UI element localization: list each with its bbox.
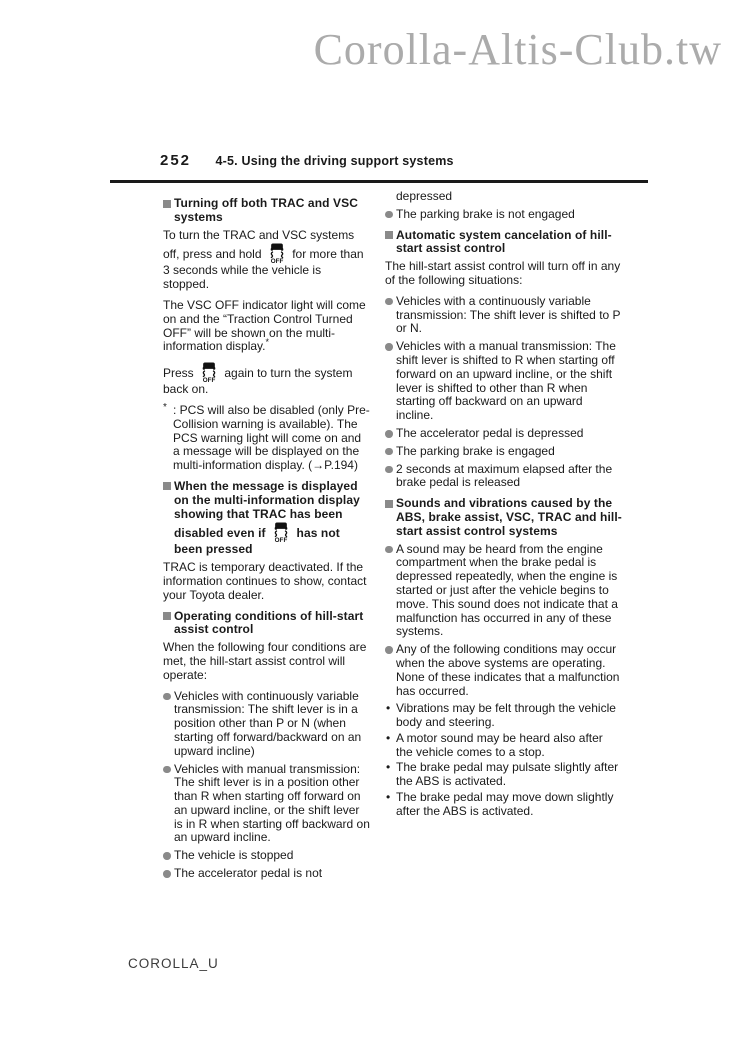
list-item-text: The parking brake is engaged xyxy=(396,444,555,458)
list-item-text: Vehicles with a manual transmission: The… xyxy=(396,339,616,422)
list-item: Any of the following conditions may occu… xyxy=(385,643,622,698)
bullet-icon xyxy=(385,211,393,219)
bullet-icon xyxy=(163,852,171,860)
list-item: The accelerator pedal is not xyxy=(163,867,370,881)
bullet-icon xyxy=(385,546,393,554)
footnote: * : PCS will also be disabled (only Pre-… xyxy=(163,404,370,473)
vsc-off-button-icon: OFF xyxy=(200,361,218,383)
vsc-off-button-icon: OFF xyxy=(272,521,290,543)
list-item: Vehicles with a manual transmission: The… xyxy=(385,340,622,423)
footnote-reference: * xyxy=(266,337,270,347)
heading-message-displayed: When the message is displayed on the mul… xyxy=(163,480,370,557)
paragraph-text: The hill-start assist control will turn … xyxy=(385,259,620,287)
paragraph-text: Press xyxy=(163,366,194,380)
watermark: Corolla-Altis-Club.tw xyxy=(314,24,722,75)
list-item-text: depressed xyxy=(396,189,452,203)
square-bullet-icon xyxy=(385,231,393,239)
paragraph: The VSC OFF indicator light will come on… xyxy=(163,299,370,354)
bullet-icon xyxy=(163,870,171,878)
square-bullet-icon xyxy=(385,500,393,508)
svg-text:OFF: OFF xyxy=(275,537,288,543)
heading-sounds-vibrations: Sounds and vibrations caused by the ABS,… xyxy=(385,497,622,538)
footer-document-code: COROLLA_U xyxy=(128,956,219,971)
list-item-text: Vehicles with a continuously variable tr… xyxy=(396,294,620,336)
heading-text: Operating conditions of hill-start assis… xyxy=(174,609,363,637)
footnote-text: : PCS will also be disabled (only Pre-Co… xyxy=(173,403,370,472)
list-item: The parking brake is engaged xyxy=(385,445,622,459)
bullet-icon xyxy=(385,448,393,456)
sub-list-item-text: A motor sound may be heard also after th… xyxy=(396,731,603,759)
right-column: depressed The parking brake is not engag… xyxy=(385,190,622,821)
list-item-text: Any of the following conditions may occu… xyxy=(396,642,616,670)
bullet-icon xyxy=(385,298,393,306)
bullet-icon xyxy=(385,466,393,474)
header-rule xyxy=(110,180,648,183)
heading-text: Automatic system cancelation of hill-sta… xyxy=(396,228,612,256)
dot-bullet-icon: • xyxy=(386,702,390,716)
list-item-text: The accelerator pedal is not xyxy=(174,866,322,880)
list-item: 2 seconds at maximum elapsed after the b… xyxy=(385,463,622,491)
sub-list-item: • The brake pedal may move down slightly… xyxy=(385,791,622,819)
list-item-continuation: depressed xyxy=(385,190,622,204)
list-item-text: The vehicle is stopped xyxy=(174,848,293,862)
heading-automatic-cancelation: Automatic system cancelation of hill-sta… xyxy=(385,229,622,257)
list-item-text: Vehicles with continuously variable tran… xyxy=(174,689,361,758)
heading-operating-conditions: Operating conditions of hill-start assis… xyxy=(163,610,370,638)
bullet-icon xyxy=(385,343,393,351)
list-item-text: A sound may be heard from the engine com… xyxy=(396,542,618,639)
heading-turning-off-trac-vsc: Turning off both TRAC and VSC systems xyxy=(163,197,370,225)
sub-list-item: • The brake pedal may pulsate slightly a… xyxy=(385,761,622,789)
paragraph-text: The VSC OFF indicator light will come on… xyxy=(163,298,366,353)
paragraph: When the following four conditions are m… xyxy=(163,641,370,682)
paragraph: To turn the TRAC and VSC systems off, pr… xyxy=(163,229,370,292)
list-item: A sound may be heard from the engine com… xyxy=(385,543,622,640)
square-bullet-icon xyxy=(163,612,171,620)
paragraph: TRAC is temporary deactivated. If the in… xyxy=(163,561,370,602)
list-item: Vehicles with continuously variable tran… xyxy=(163,690,370,759)
sub-list-item-text: Vibrations may be felt through the vehic… xyxy=(396,701,616,729)
vsc-off-button-icon: OFF xyxy=(268,242,286,264)
section-title: 4-5. Using the driving support systems xyxy=(215,154,453,168)
square-bullet-icon xyxy=(163,482,171,490)
list-item: Vehicles with a continuously variable tr… xyxy=(385,295,622,336)
bullet-icon xyxy=(163,766,171,774)
paragraph-text: TRAC is temporary deactivated. If the in… xyxy=(163,560,366,602)
list-item: The accelerator pedal is depressed xyxy=(385,427,622,441)
bullet-icon xyxy=(385,430,393,438)
paragraph: Press OFF again to turn the system back … xyxy=(163,361,370,397)
sub-list-item: • Vibrations may be felt through the veh… xyxy=(385,702,622,730)
dot-bullet-icon: • xyxy=(386,732,390,746)
square-bullet-icon xyxy=(163,200,171,208)
heading-text: Sounds and vibrations caused by the ABS,… xyxy=(396,496,622,538)
list-item-text: The accelerator pedal is depressed xyxy=(396,426,583,440)
dot-bullet-icon: • xyxy=(386,761,390,775)
list-item: Vehicles with manual transmission: The s… xyxy=(163,763,370,846)
dot-bullet-icon: • xyxy=(386,791,390,805)
sub-list-item: • A motor sound may be heard also after … xyxy=(385,732,622,760)
paragraph: The hill-start assist control will turn … xyxy=(385,260,622,288)
heading-text: Turning off both TRAC and VSC systems xyxy=(174,196,358,224)
footnote-marker: * xyxy=(163,401,167,415)
list-item-text: None of these indicates that a malfuncti… xyxy=(396,671,622,699)
list-item-text: The parking brake is not engaged xyxy=(396,207,575,221)
bullet-icon xyxy=(163,693,171,701)
paragraph-text: When the following four conditions are m… xyxy=(163,640,366,682)
list-item-text: Vehicles with manual transmission: The s… xyxy=(174,762,370,845)
sub-list-item-text: The brake pedal may pulsate slightly aft… xyxy=(396,760,618,788)
left-column: Turning off both TRAC and VSC systems To… xyxy=(163,190,370,885)
list-item: The parking brake is not engaged xyxy=(385,208,622,222)
sub-list-item-text: The brake pedal may move down slightly a… xyxy=(396,790,613,818)
page-number: 252 xyxy=(160,152,191,169)
list-item-text: 2 seconds at maximum elapsed after the b… xyxy=(396,462,612,490)
list-item: The vehicle is stopped xyxy=(163,849,370,863)
bullet-icon xyxy=(385,646,393,654)
page-header: 252 4-5. Using the driving support syste… xyxy=(110,152,648,170)
